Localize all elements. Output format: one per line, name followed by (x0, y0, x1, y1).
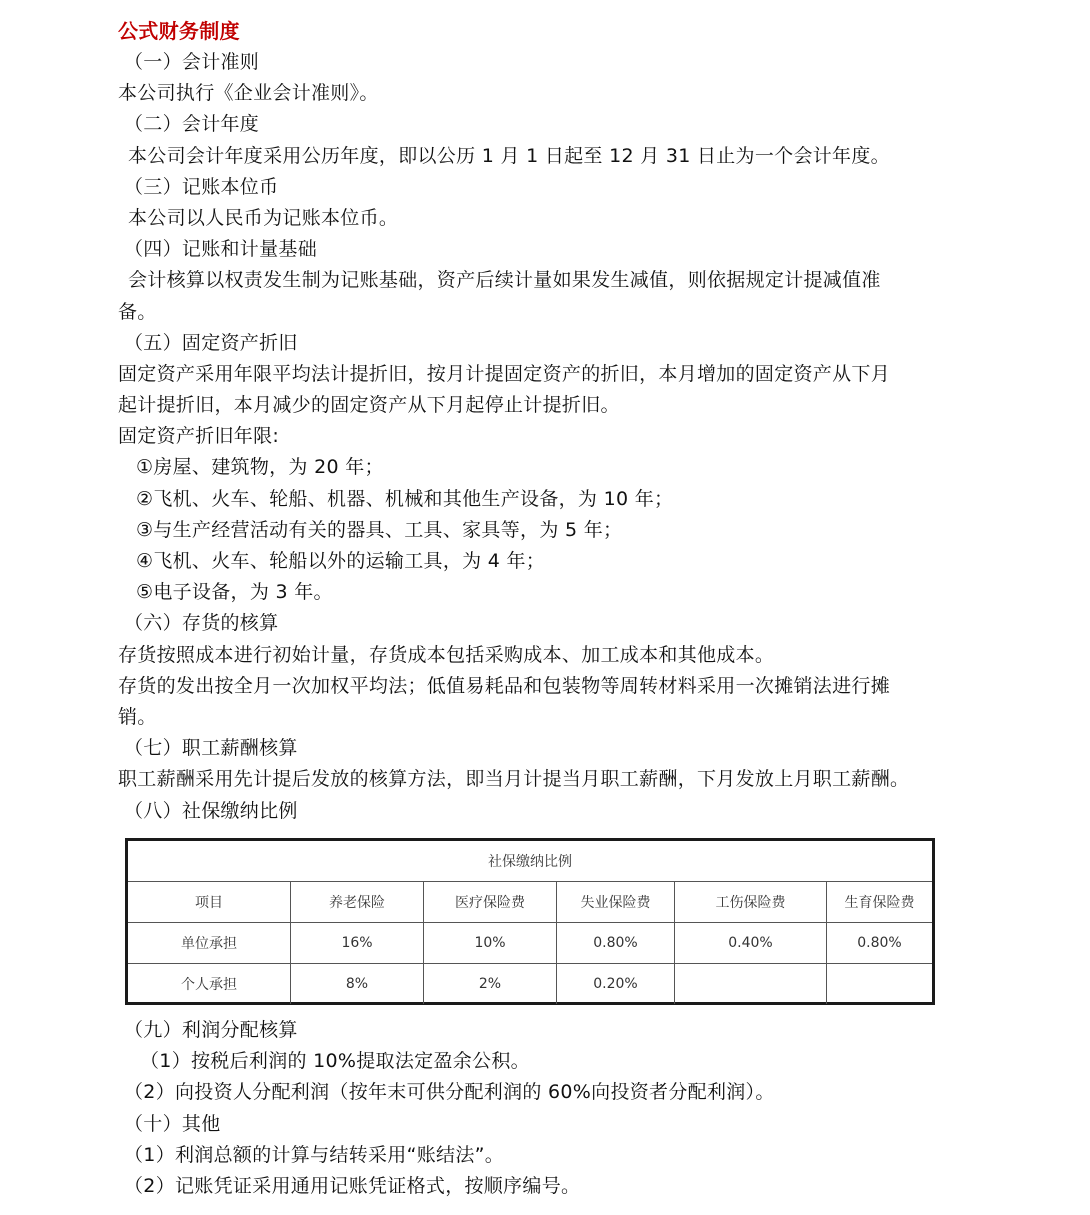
document-title: 公式财务制度 (118, 16, 958, 47)
table-cell: 0.80% (557, 923, 675, 964)
paragraph: 备。 (118, 297, 958, 328)
section-heading-4: （四）记账和计量基础 (118, 234, 958, 265)
table-row: 单位承担 16% 10% 0.80% 0.40% 0.80% (128, 923, 932, 964)
list-item: ②飞机、火车、轮船、机器、机械和其他生产设备，为 10 年； (118, 484, 958, 515)
table-cell: 0.40% (675, 923, 827, 964)
paragraph: 会计核算以权责发生制为记账基础，资产后续计量如果发生减值，则依据规定计提减值准 (118, 265, 958, 296)
table-cell: 单位承担 (128, 923, 291, 964)
list-item: ①房屋、建筑物，为 20 年； (118, 452, 958, 483)
paragraph: 存货的发出按全月一次加权平均法；低值易耗品和包装物等周转材料采用一次摊销法进行摊 (118, 671, 958, 702)
table-row: 个人承担 8% 2% 0.20% (128, 964, 932, 1005)
paragraph: 职工薪酬采用先计提后发放的核算方法，即当月计提当月职工薪酬，下月发放上月职工薪酬… (118, 764, 958, 795)
column-header: 工伤保险费 (675, 882, 827, 923)
list-item: ③与生产经营活动有关的器具、工具、家具等，为 5 年； (118, 515, 958, 546)
table-cell: 0.80% (827, 923, 933, 964)
table-cell: 16% (291, 923, 424, 964)
section-heading-7: （七）职工薪酬核算 (118, 733, 958, 764)
paragraph: 本公司会计年度采用公历年度，即以公历 1 月 1 日起至 12 月 31 日止为… (118, 141, 958, 172)
paragraph: 本公司执行《企业会计准则》。 (118, 78, 958, 109)
section-heading-1: （一）会计准则 (118, 47, 958, 78)
paragraph: （2）记账凭证采用通用记账凭证格式，按顺序编号。 (118, 1171, 958, 1202)
section-heading-10: （十）其他 (118, 1109, 958, 1140)
table-cell: 0.20% (557, 964, 675, 1005)
paragraph: 销。 (118, 702, 958, 733)
document-body-continued: （九）利润分配核算 （1）按税后利润的 10%提取法定盈余公积。 （2）向投资人… (118, 1015, 958, 1202)
paragraph: （1）利润总额的计算与结转采用“账结法”。 (118, 1140, 958, 1171)
paragraph: （1）按税后利润的 10%提取法定盈余公积。 (118, 1046, 958, 1077)
column-header: 失业保险费 (557, 882, 675, 923)
paragraph: （2）向投资人分配利润（按年末可供分配利润的 60%向投资者分配利润）。 (118, 1077, 958, 1108)
paragraph: 起计提折旧，本月减少的固定资产从下月起停止计提折旧。 (118, 390, 958, 421)
column-header: 医疗保险费 (424, 882, 557, 923)
table-cell: 8% (291, 964, 424, 1005)
section-heading-5: （五）固定资产折旧 (118, 328, 958, 359)
paragraph: 存货按照成本进行初始计量，存货成本包括采购成本、加工成本和其他成本。 (118, 640, 958, 671)
section-heading-9: （九）利润分配核算 (118, 1015, 958, 1046)
table-cell (675, 964, 827, 1005)
section-heading-2: （二）会计年度 (118, 109, 958, 140)
column-header: 项目 (128, 882, 291, 923)
section-heading-8: （八）社保缴纳比例 (118, 796, 958, 827)
table-caption-row: 社保缴纳比例 (128, 841, 932, 882)
paragraph: 固定资产折旧年限: (118, 421, 958, 452)
section-heading-3: （三）记账本位币 (118, 172, 958, 203)
section-heading-6: （六）存货的核算 (118, 608, 958, 639)
table-cell: 个人承担 (128, 964, 291, 1005)
table-cell: 2% (424, 964, 557, 1005)
paragraph: 本公司以人民币为记账本位币。 (118, 203, 958, 234)
list-item: ⑤电子设备，为 3 年。 (118, 577, 958, 608)
table-cell: 10% (424, 923, 557, 964)
table-header-row: 项目 养老保险 医疗保险费 失业保险费 工伤保险费 生育保险费 (128, 882, 932, 923)
document-body: 公式财务制度 （一）会计准则 本公司执行《企业会计准则》。 （二）会计年度 本公… (118, 16, 958, 827)
table-caption: 社保缴纳比例 (128, 841, 932, 882)
paragraph: 固定资产采用年限平均法计提折旧，按月计提固定资产的折旧，本月增加的固定资产从下月 (118, 359, 958, 390)
column-header: 生育保险费 (827, 882, 933, 923)
list-item: ④飞机、火车、轮船以外的运输工具，为 4 年； (118, 546, 958, 577)
column-header: 养老保险 (291, 882, 424, 923)
social-insurance-table: 社保缴纳比例 项目 养老保险 医疗保险费 失业保险费 工伤保险费 生育保险费 单… (125, 838, 935, 1005)
table-cell (827, 964, 933, 1005)
